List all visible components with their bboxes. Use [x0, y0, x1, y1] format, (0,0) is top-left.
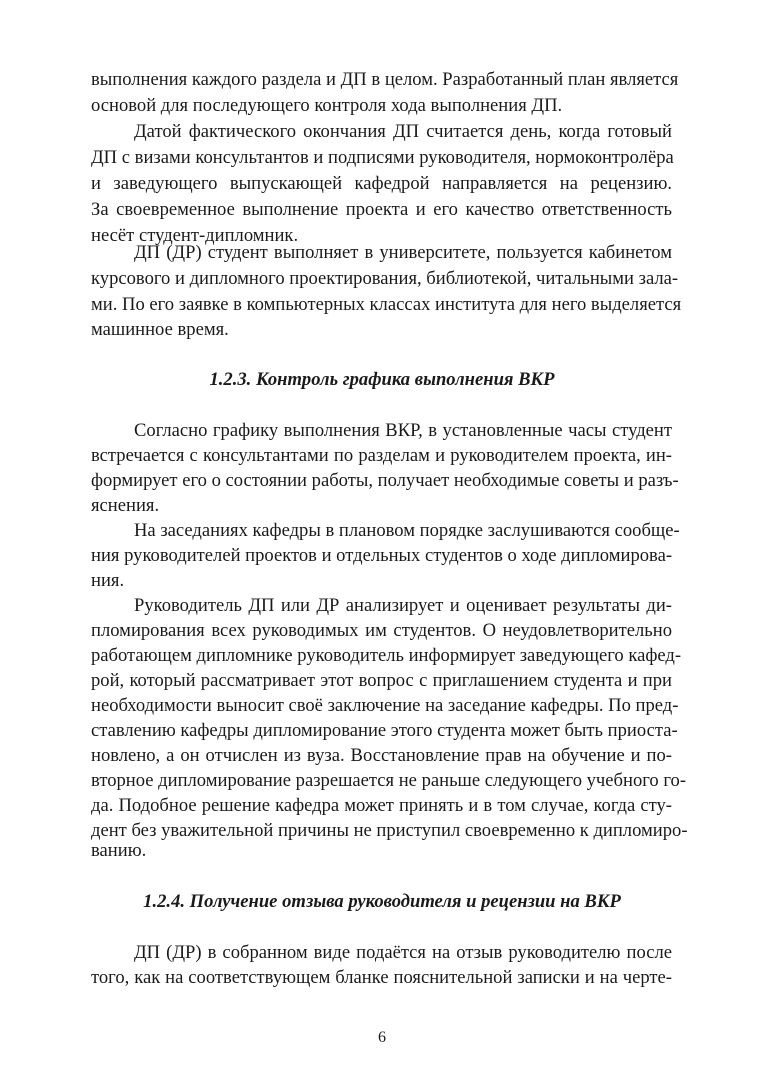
text-line: вторное дипломирование разрешается не ра… [91, 768, 672, 793]
section-heading-1-2-4: 1.2.4. Получение отзыва руководителя и р… [0, 889, 764, 914]
text-line: ми. По его заявке в компьютерных классах… [91, 292, 672, 317]
text-line: выполнения каждого раздела и ДП в целом.… [91, 67, 672, 92]
text-line: На заседаниях кафедры в плановом порядке… [134, 518, 672, 543]
text-line: машинное время. [91, 317, 672, 342]
text-line: да. Подобное решение кафедра может приня… [91, 793, 672, 818]
text-line: ставлению кафедры дипломирование этого с… [91, 718, 672, 743]
text-line: и заведующего выпускающей кафедрой напра… [91, 171, 672, 196]
document-page: выполнения каждого раздела и ДП в целом.… [0, 0, 764, 1080]
text-line: ДП (ДР) студент выполняет в университете… [134, 240, 672, 265]
page-number: 6 [0, 1028, 764, 1048]
text-line: того, как на соответствующем бланке пояс… [91, 965, 672, 990]
text-line: рой, который рассматривает этот вопрос с… [91, 668, 672, 693]
text-line: курсового и дипломного проектирования, б… [91, 266, 672, 291]
text-line: Датой фактического окончания ДП считаетс… [134, 119, 672, 144]
text-line: ванию. [91, 838, 672, 863]
text-line: ния руководителей проектов и отдельных с… [91, 543, 672, 568]
text-line: основой для последующего контроля хода в… [91, 93, 672, 118]
text-line: Согласно графику выполнения ВКР, в устан… [134, 418, 672, 443]
text-line: ДП с визами консультантов и подписями ру… [91, 145, 672, 170]
text-line: пломирования всех руководимых им студент… [91, 618, 672, 643]
text-line: ДП (ДР) в собранном виде подаётся на отз… [134, 940, 672, 965]
text-line: Руководитель ДП или ДР анализирует и оце… [134, 593, 672, 618]
text-line: За своевременное выполнение проекта и ег… [91, 197, 672, 222]
text-line: необходимости выносит своё заключение на… [91, 693, 672, 718]
section-heading-1-2-3: 1.2.3. Контроль графика выполнения ВКР [0, 367, 764, 392]
text-line: формирует его о состоянии работы, получа… [91, 468, 672, 493]
text-line: яснения. [91, 493, 672, 518]
text-line: новлено, а он отчислен из вуза. Восстано… [91, 743, 672, 768]
text-line: ния. [91, 568, 672, 593]
text-line: встречается с консультантами по разделам… [91, 443, 672, 468]
text-line: работающем дипломнике руководитель инфор… [91, 643, 672, 668]
